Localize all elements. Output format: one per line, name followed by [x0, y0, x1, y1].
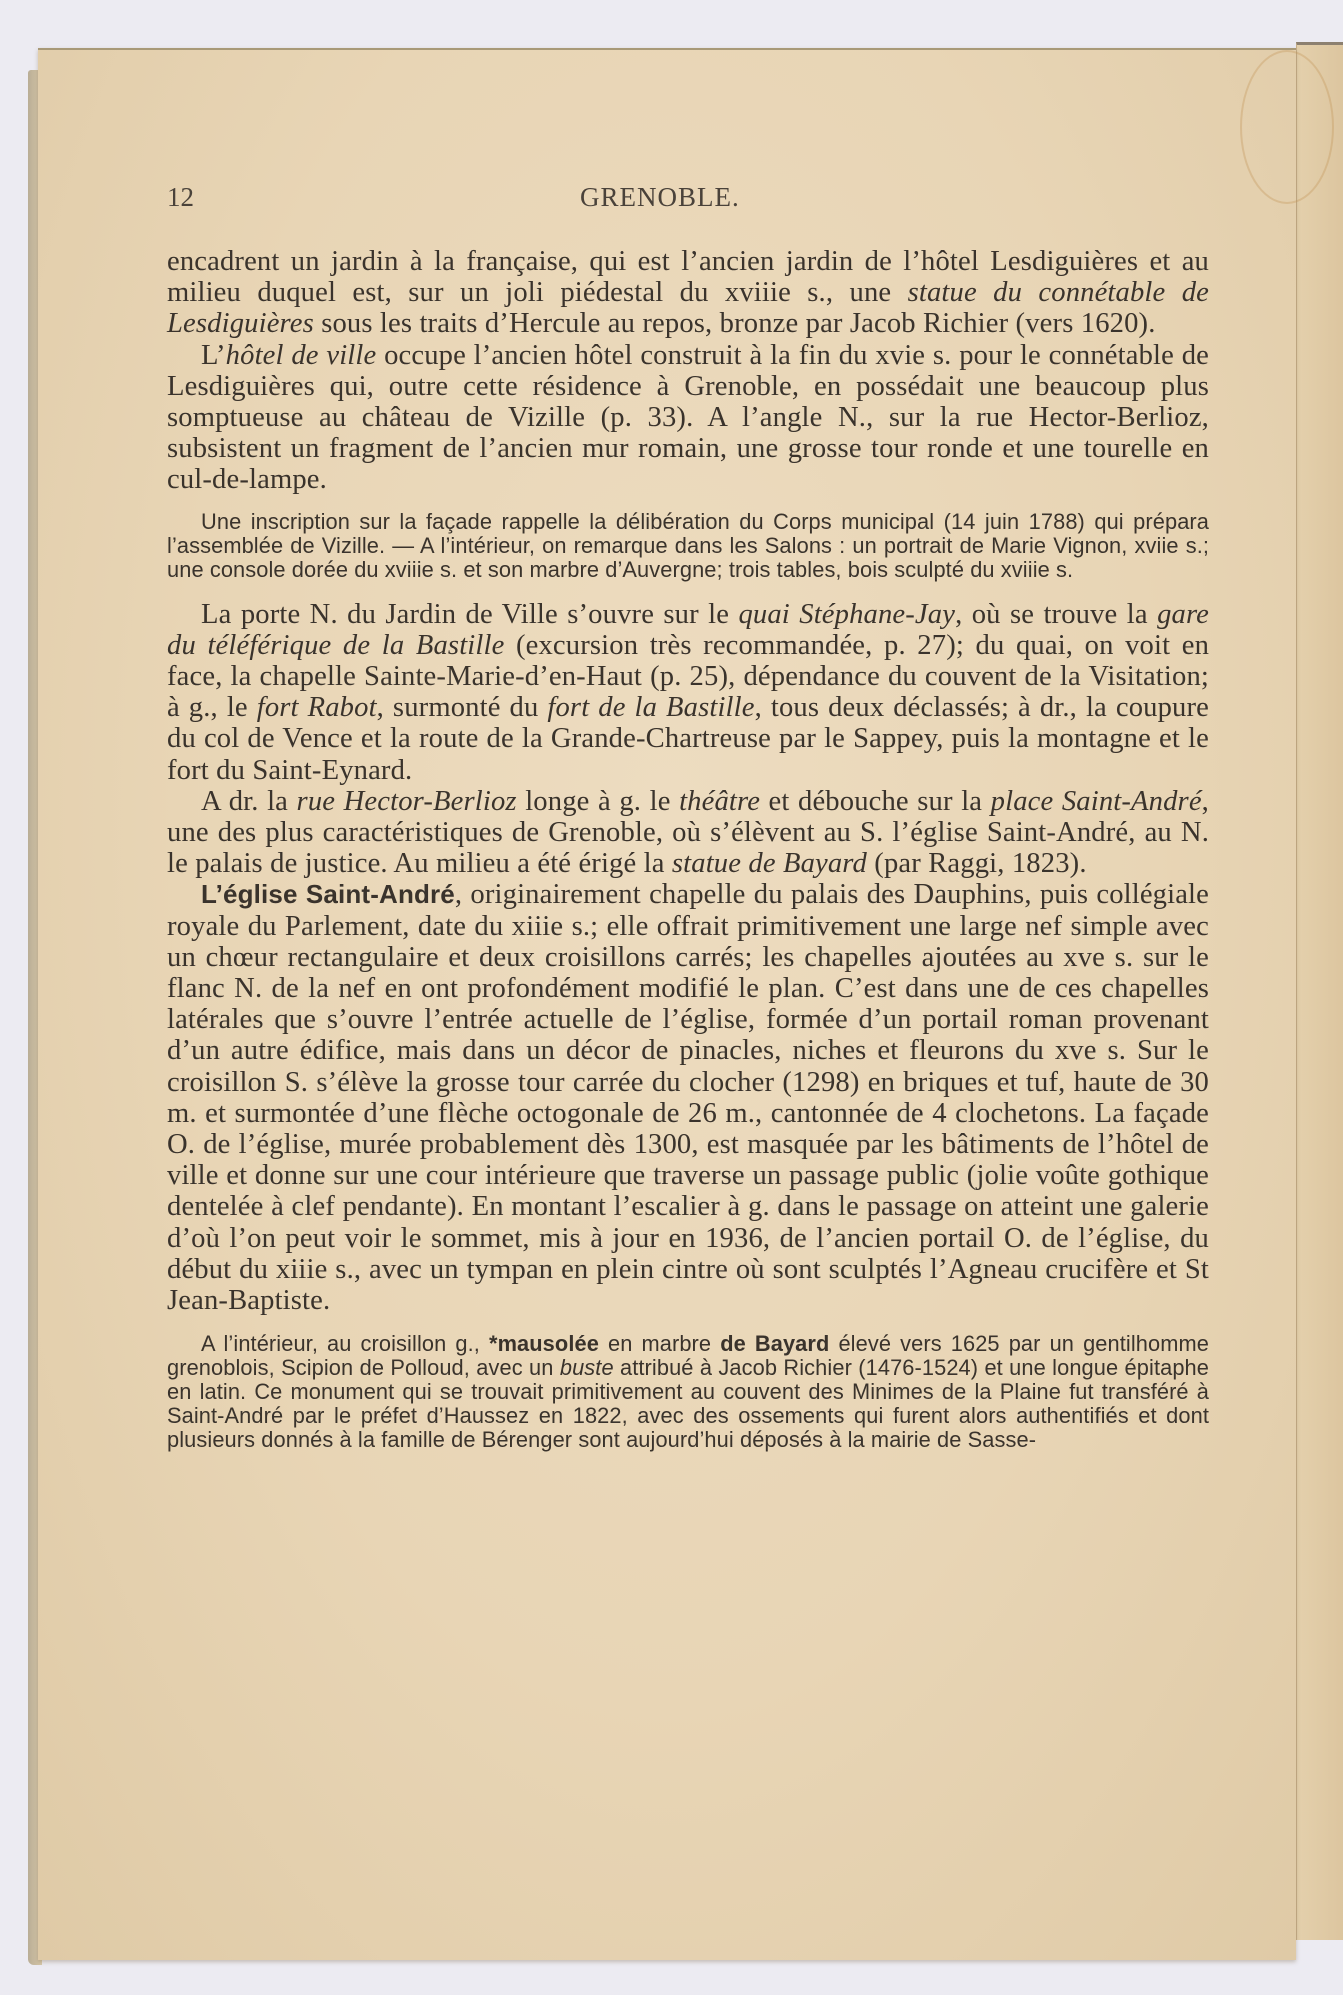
note-inscription: Une inscription sur la façade rappelle l… — [167, 510, 1209, 582]
italic-term: hôtel de ville — [226, 340, 377, 371]
section-heading: L’église Saint-André — [201, 879, 455, 909]
facing-page-edge — [1296, 42, 1343, 1940]
text: , originairement chapelle du palais des … — [167, 879, 1209, 1316]
italic-term: buste — [560, 1355, 614, 1380]
bold-term: *mausolée — [489, 1331, 599, 1356]
scanned-book-page: 12 GRENOBLE. encadrent un jardin à la fr… — [0, 0, 1343, 1995]
paragraph-porte-nord: La porte N. du Jardin de Ville s’ouvre s… — [167, 599, 1209, 786]
italic-term: rue Hector-Berlioz — [297, 786, 517, 817]
text: L’ — [201, 340, 226, 371]
paragraph-rue-hector-berlioz: A dr. la rue Hector-Berlioz longe à g. l… — [167, 786, 1209, 880]
text: longe à g. le — [517, 786, 679, 817]
text: A l’intérieur, au croisillon g., — [201, 1331, 489, 1356]
running-head: 12 GRENOBLE. — [167, 178, 1209, 214]
text: Une inscription sur la façade rappelle l… — [167, 509, 1209, 582]
text: en marbre — [599, 1331, 720, 1356]
paragraph-jardin: encadrent un jardin à la française, qui … — [167, 246, 1209, 340]
bold-term: de Bayard — [720, 1331, 829, 1356]
text: , surmonté du — [377, 692, 548, 723]
paragraph-eglise-saint-andre: L’église Saint-André, originairement cha… — [167, 879, 1209, 1316]
text: A dr. la — [201, 786, 297, 817]
text: sous les traits d’Hercule au repos, bron… — [314, 308, 1156, 339]
italic-term: fort Rabot — [257, 692, 377, 723]
text: La porte N. du Jardin de Ville s’ouvre s… — [201, 599, 738, 630]
page-content: 12 GRENOBLE. encadrent un jardin à la fr… — [167, 178, 1209, 1452]
water-stain — [1240, 50, 1334, 204]
italic-term: quai Stéphane-Jay — [738, 599, 955, 630]
italic-term: place Saint-André — [991, 786, 1202, 817]
italic-term: statue de Bayard — [672, 848, 867, 879]
page-number: 12 — [167, 182, 194, 213]
text: (par Raggi, 1823). — [867, 848, 1087, 879]
italic-term: théâtre — [679, 786, 760, 817]
paragraph-hotel-de-ville: L’hôtel de ville occupe l’ancien hôtel c… — [167, 340, 1209, 496]
text: , où se trouve la — [955, 599, 1157, 630]
text: et débouche sur la — [760, 786, 991, 817]
italic-term: fort de la Bastille — [547, 692, 754, 723]
note-mausolee: A l’intérieur, au croisillon g., *mausol… — [167, 1332, 1209, 1452]
running-title: GRENOBLE. — [580, 182, 740, 213]
